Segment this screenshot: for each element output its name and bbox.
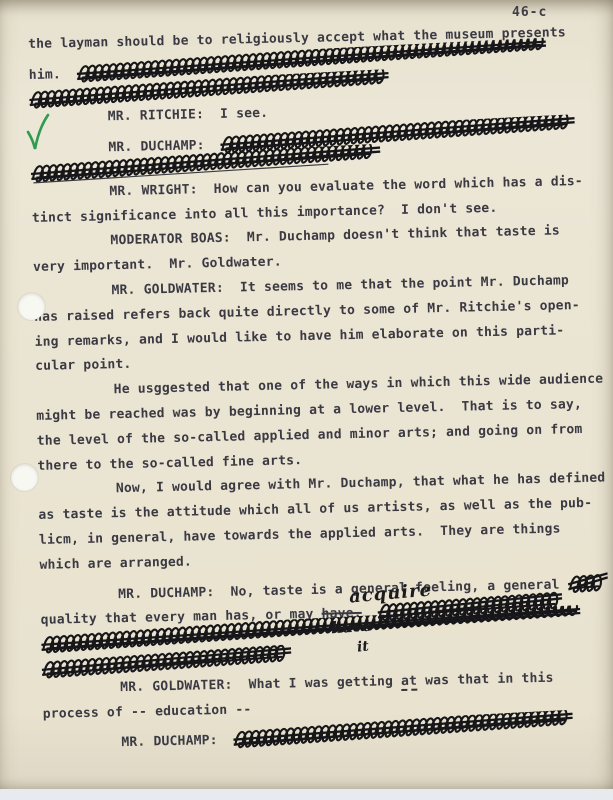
typed-text: him. [29,67,77,83]
typed-text: MR. RITCHIE: I see. [108,106,269,124]
ink-scribble [567,569,608,595]
typed-text: process of -- education -- [43,702,252,722]
typed-text: cular point. [35,357,132,374]
transcript-body: the layman should be to religiously acce… [28,25,613,756]
typed-text: was that in this [417,670,554,688]
handwritten-have: have [330,616,373,638]
checkmark-icon [25,112,51,154]
hole-punch-bottom [11,464,38,491]
inserted-word: at [401,673,417,690]
handwritten-it: it [356,638,369,655]
hole-punch-top [18,293,45,320]
page-number: 46-c [512,5,547,20]
typed-text: which are arranged. [39,554,192,572]
scan-background-strip [0,789,613,800]
typed-text: MR. DUCHAMP: [121,733,234,750]
paper-sheet: 46-c the layman should be to religiously… [0,0,613,789]
